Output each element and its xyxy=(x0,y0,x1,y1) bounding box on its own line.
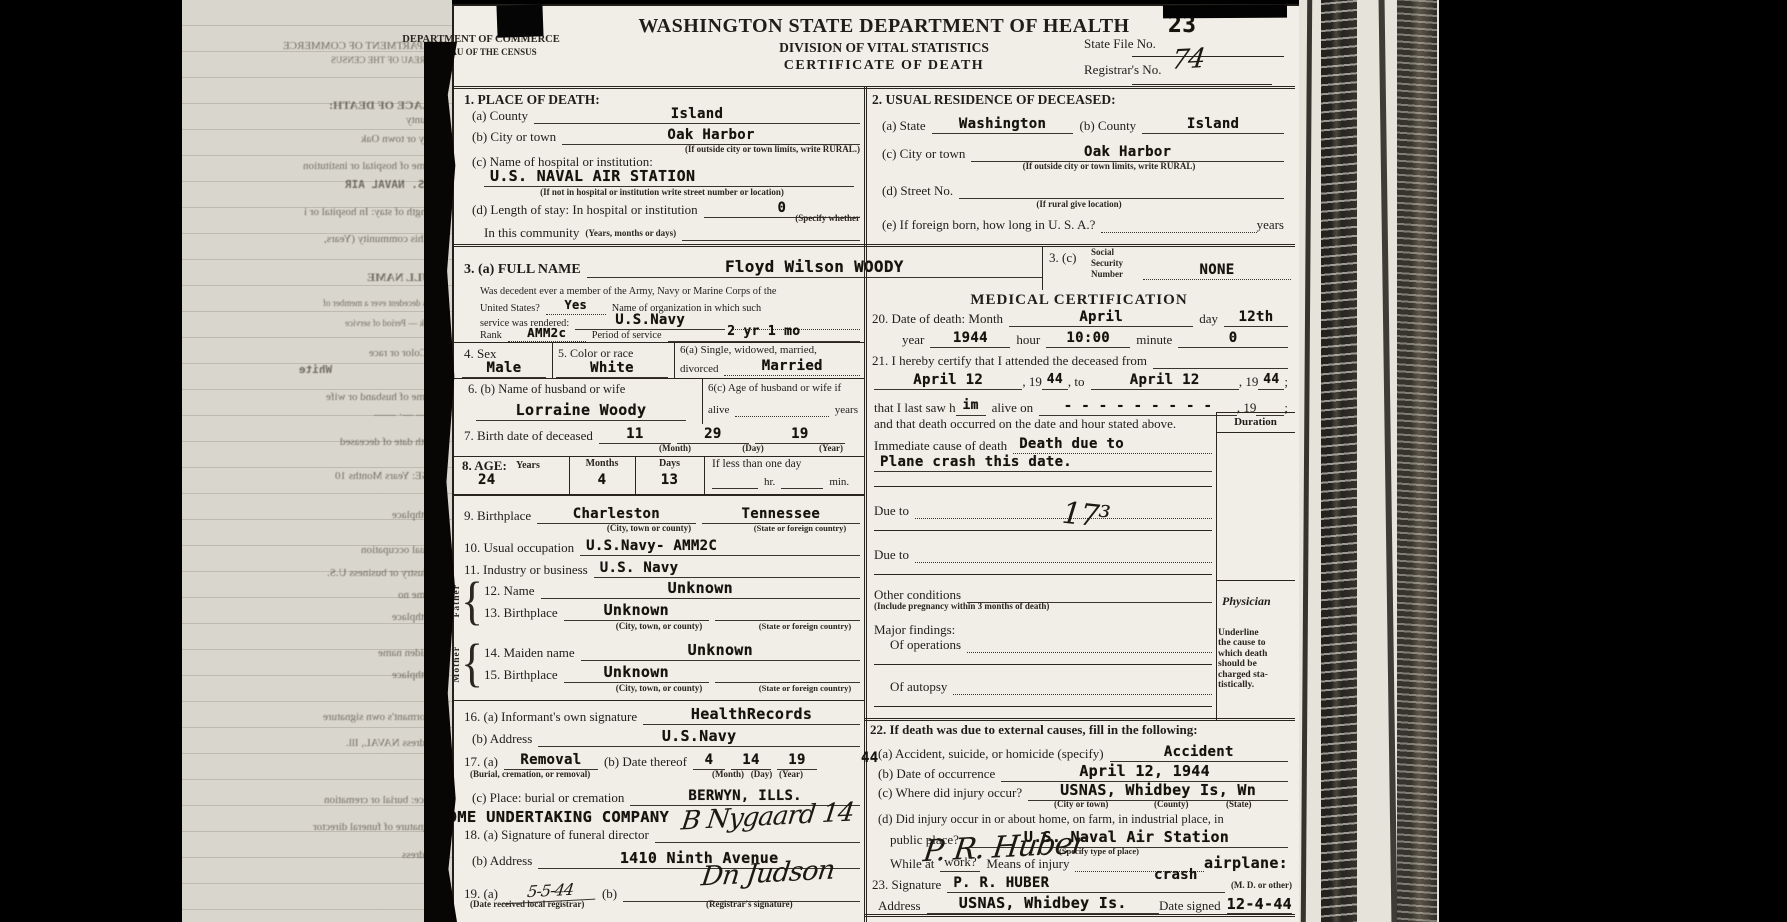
field-accident: (a) Accident, suicide, or homicide (spec… xyxy=(878,744,1288,762)
certificate-page: DEPARTMENT OF COMMERCE BUREAU OF THE CEN… xyxy=(452,4,1303,922)
certificate-type: CERTIFICATE OF DEATH xyxy=(604,58,1164,74)
attended-line xyxy=(1153,367,1288,369)
residence-city-note: (If outside city or town limits, write R… xyxy=(934,162,1284,172)
accident-label: (a) Accident, suicide, or homicide (spec… xyxy=(878,747,1104,762)
registrar-no-label: Registrar's No. xyxy=(1084,62,1161,78)
semicolon: ; xyxy=(1284,375,1288,390)
mother-name-label: 14. Maiden name xyxy=(484,646,575,661)
attended-label: 21. I hereby certify that I attended the… xyxy=(872,354,1147,369)
physician-address-label: Address xyxy=(878,899,921,914)
min-label: min. xyxy=(829,476,849,489)
period-value: 2 yr 1 mo xyxy=(668,325,860,342)
operations-label: Of operations xyxy=(890,638,961,653)
birth-day-value: 29 xyxy=(677,426,749,444)
alive-year-label: , 19 xyxy=(1237,401,1257,416)
last-saw-alive: that I last saw h im alive on - - - - - … xyxy=(874,398,1288,416)
underline-note-6: tistically. xyxy=(1218,680,1294,690)
death-day-label: day xyxy=(1199,312,1218,327)
field-hospital: U.S. NAVAL AIR STATION xyxy=(484,168,854,187)
md-note: (M. D. or other) xyxy=(1231,881,1292,893)
ghost-line: Birth date of deceased xyxy=(340,436,438,448)
page-title: WASHINGTON STATE DEPARTMENT OF HEALTH xyxy=(604,15,1164,38)
row-rule xyxy=(454,456,864,457)
immediate-cause-value-1: Death due to xyxy=(1013,436,1212,454)
birth-month-note: (Month) xyxy=(639,444,711,454)
field-county: (a) County Island xyxy=(472,106,860,124)
date-of-death-label: 20. Date of death: Month xyxy=(872,312,1003,327)
due-to-2-value xyxy=(915,561,1212,563)
accident-value: Accident xyxy=(1110,744,1288,762)
birth-date-label: 7. Birth date of deceased xyxy=(464,429,593,444)
column-divider xyxy=(864,86,867,922)
death-minute-label: minute xyxy=(1136,333,1172,348)
hr-min-field: hr. min. xyxy=(712,476,856,489)
medical-certification-heading: MEDICAL CERTIFICATION xyxy=(872,292,1286,309)
stay-note: (Specify whether xyxy=(464,214,860,224)
date-signed-label: Date signed xyxy=(1159,899,1221,914)
funeral-director-label: 18. (a) Signature of funeral director xyxy=(464,828,649,843)
underline-note-block: Underline the cause to which death shoul… xyxy=(1218,628,1294,691)
disposition-date-note: (Month) (Day) (Year) xyxy=(712,770,803,780)
race-field: White xyxy=(556,360,668,378)
page-edge-streak xyxy=(1321,0,1357,922)
residence-state-label: (a) State xyxy=(882,119,926,134)
alive-on-value: - - - - - - - - - xyxy=(1039,398,1237,416)
death-minute-value: 0 xyxy=(1178,330,1288,348)
father-brace: { xyxy=(461,570,483,631)
residence-state-value: Washington xyxy=(932,116,1074,134)
attended-statement: 21. I hereby certify that I attended the… xyxy=(872,354,1288,369)
underline-note-1: Underline xyxy=(1218,628,1294,638)
field-due-to-2: Due to xyxy=(874,548,1212,563)
field-father-name: 12. Name Unknown xyxy=(484,580,860,599)
city-label: (b) City or town xyxy=(472,130,556,145)
sex-value: Male xyxy=(462,360,546,378)
field-physician-signature: 23. Signature P. R. HUBER (M. D. or othe… xyxy=(872,875,1292,893)
death-hour-label: hour xyxy=(1016,333,1040,348)
date-signed-value: 12-4-44 xyxy=(1227,896,1292,914)
ssn-box: 3. (c) Social Security Number NONE xyxy=(1042,246,1300,290)
field-foreign-born: (e) If foreign born, how long in U. S. A… xyxy=(882,218,1284,233)
scan-bar-artifact xyxy=(1163,5,1287,19)
from-year-label: , 19 xyxy=(1022,375,1042,390)
period-label: Period of service xyxy=(592,330,662,342)
physician-address-value: USNAS, Whidbey Is. xyxy=(927,895,1159,914)
section-rule xyxy=(864,718,1295,721)
military-question-line1: Was decedent ever a member of the Army, … xyxy=(480,286,860,297)
semicolon-2: ; xyxy=(1284,401,1288,416)
to-label: , to xyxy=(1068,375,1085,390)
field-residence-city: (c) City or town Oak Harbor xyxy=(882,144,1284,162)
underline-note-3: which death xyxy=(1218,649,1294,659)
receipt-b-label: (b) xyxy=(602,887,617,902)
alive-label: alive xyxy=(708,404,729,417)
street-label: (d) Street No. xyxy=(882,184,953,199)
duration-box-top xyxy=(1216,412,1295,413)
attended-dates: April 12 , 19 44 , to April 12 , 19 44 ; xyxy=(874,372,1288,390)
spouse-value: Lorraine Woody xyxy=(476,402,686,421)
age-years-label: Years xyxy=(516,460,540,471)
scanned-death-certificate: DEPARTMENT OF COMMERCE BUREAU OF THE CEN… xyxy=(0,0,1787,922)
father-birthplace-label: 13. Birthplace xyxy=(484,606,558,621)
min-value xyxy=(781,487,823,489)
ghost-line: PLACE OF DEATH: xyxy=(329,98,438,113)
page-edge-binding xyxy=(1299,0,1439,922)
field-operations: Of operations xyxy=(890,638,1212,653)
blank-line xyxy=(874,706,1212,707)
bottom-rule xyxy=(864,914,1295,917)
field-autopsy: Of autopsy xyxy=(890,680,1212,695)
attended-from-value: April 12 xyxy=(874,372,1022,390)
full-name-label: 3. (a) FULL NAME xyxy=(464,262,581,278)
cell-divider xyxy=(702,378,703,424)
duration-box-left xyxy=(1216,412,1217,720)
ssn-label-3: Number xyxy=(1091,270,1123,280)
informant-value: HealthRecords xyxy=(643,706,860,725)
page-edge-streak xyxy=(1301,0,1313,922)
registrar-number: 74 xyxy=(1170,43,1206,76)
ghost-line: Length of stay: In hospital or i xyxy=(304,206,438,218)
birthplace-city-value: Charleston xyxy=(537,506,695,524)
industry-value: U.S. Navy xyxy=(594,560,860,578)
field-community: In this community (Years, months or days… xyxy=(484,226,860,241)
disposition-day: 14 xyxy=(731,752,771,770)
city-value: Oak Harbor xyxy=(562,127,860,145)
page-edge-streak xyxy=(1378,0,1397,922)
date-thereof-label: (b) Date thereof xyxy=(604,755,687,770)
registrar-line xyxy=(1132,84,1272,85)
immediate-cause-label: Immediate cause of death xyxy=(874,439,1007,454)
foreign-years-label: years xyxy=(1257,218,1284,233)
underline-note-2: the cause to xyxy=(1218,638,1294,648)
state-file-line xyxy=(1132,56,1284,57)
cell-divider xyxy=(552,342,553,378)
due-to-2-label: Due to xyxy=(874,548,909,563)
community-note: (Years, months or days) xyxy=(585,229,676,241)
autopsy-label: Of autopsy xyxy=(890,680,947,695)
cell-divider xyxy=(704,456,705,494)
parent-note-3: (City, town, or county) xyxy=(574,684,744,694)
field-industry: 11. Industry or business U.S. Navy xyxy=(464,560,860,578)
marital-field: divorced Married xyxy=(680,358,860,376)
birthplace-note-2: (State or foreign country) xyxy=(736,524,864,533)
ssn-label-2: Security xyxy=(1091,259,1123,269)
burial-place-label: (c) Place: burial or cremation xyxy=(472,791,624,806)
mother-birthplace-label: 15. Birthplace xyxy=(484,668,558,683)
mother-brace: { xyxy=(461,632,483,693)
immediate-cause-value-2: Plane crash this date. xyxy=(874,454,1212,472)
field-street: (d) Street No. xyxy=(882,184,1284,199)
field-residence-state: (a) State Washington (b) County Island xyxy=(882,116,1284,134)
death-month-value: April xyxy=(1009,309,1193,327)
father-name-label: 12. Name xyxy=(484,584,535,599)
agency-line-2: BUREAU OF THE CENSUS xyxy=(396,48,566,58)
ghost-line: Signature of funeral director xyxy=(313,821,438,833)
spouse-field: Lorraine Woody xyxy=(476,402,686,421)
undertaker-overlay: HOME UNDERTAKING COMPANY xyxy=(438,808,669,826)
field-informant: 16. (a) Informant's own signature Health… xyxy=(464,706,860,725)
disposition-note: (Burial, cremation, or removal) xyxy=(470,770,590,780)
receipt-note: (Date received local registrar) xyxy=(470,900,584,910)
blank-line xyxy=(874,664,1212,665)
birth-day-note: (Day) xyxy=(717,444,789,454)
spouse-age-field: alive years xyxy=(708,404,858,417)
ghost-line: Industry or business U.S. xyxy=(327,567,438,579)
informant-label: 16. (a) Informant's own signature xyxy=(464,710,637,725)
ssn-label-1: Social xyxy=(1091,248,1114,258)
registrar-signature-note: (Registrar's signature) xyxy=(706,900,793,910)
occupation-label: 10. Usual occupation xyxy=(464,541,574,556)
ghost-line: Place: burial or cremation xyxy=(324,794,438,806)
field-city: (b) City or town Oak Harbor xyxy=(472,127,860,145)
field-occupation: 10. Usual occupation U.S.Navy- AMM2C xyxy=(464,538,860,556)
race-value: White xyxy=(556,360,668,378)
community-value xyxy=(682,239,860,241)
residence-city-label: (c) City or town xyxy=(882,147,965,162)
marital-value: Married xyxy=(724,358,860,376)
due-to-1-label: Due to xyxy=(874,504,909,519)
foreign-born-label: (e) If foreign born, how long in U. S. A… xyxy=(882,218,1095,233)
birthplace-note-1: (City, town or county) xyxy=(564,524,734,534)
ghost-line: Was decedent ever a member of xyxy=(323,298,438,308)
injury-note-county: (County) xyxy=(1154,800,1189,810)
parent-note-1: (City, town, or county) xyxy=(574,622,744,632)
race-label: 5. Color or race xyxy=(558,346,633,361)
ghost-line: Name of hospital or institution xyxy=(303,160,438,172)
row-rule xyxy=(454,700,864,701)
age-months-label: Months xyxy=(569,458,635,469)
field-mother-birthplace: 15. Birthplace Unknown xyxy=(484,664,860,683)
age-days-label: Days xyxy=(635,458,704,469)
blank-line xyxy=(874,574,1212,575)
age-years-value: 24 xyxy=(478,472,495,488)
physician-label: Physician xyxy=(1222,594,1271,609)
birthplace-label: 9. Birthplace xyxy=(464,509,531,524)
less-than-day-label: If less than one day xyxy=(712,458,801,470)
ghost-line: In this community (Years, xyxy=(324,233,438,245)
birth-year-value: 19 xyxy=(755,426,845,444)
father-name-value: Unknown xyxy=(541,580,860,599)
spouse-age-value xyxy=(735,415,828,417)
occurrence-date-value: April 12, 1944 xyxy=(1001,763,1288,782)
field-funeral-director: 18. (a) Signature of funeral director xyxy=(464,828,860,843)
alive-on-label: alive on xyxy=(992,401,1034,416)
underline-note-5: charged sta- xyxy=(1218,670,1294,680)
father-birthplace-value: Unknown xyxy=(564,602,709,621)
to-year-value: 44 xyxy=(1258,373,1284,390)
signature-label: 23. Signature xyxy=(872,878,941,893)
birthplace-state-value: Tennessee xyxy=(702,506,860,524)
full-name-value: Floyd Wilson WOODY xyxy=(587,258,1042,278)
cell-divider xyxy=(674,342,675,378)
age-months-value: 4 xyxy=(569,472,635,488)
section22-heading: 22. If death was due to external causes,… xyxy=(870,722,1198,738)
mother-birthplace-value: Unknown xyxy=(564,664,709,683)
field-physician-address: Address USNAS, Whidbey Is. Date signed 1… xyxy=(878,895,1292,914)
signature-value: P. R. HUBER xyxy=(947,875,1225,893)
to-year-label: , 19 xyxy=(1239,375,1259,390)
him-value: im xyxy=(956,399,986,416)
field-occurrence-date: (b) Date of occurrence April 12, 1944 xyxy=(878,763,1288,782)
funeral-address-label: (b) Address xyxy=(472,854,532,869)
community-label: In this community xyxy=(484,226,579,241)
field-mother-name: 14. Maiden name Unknown xyxy=(484,642,860,661)
injury-note-city: (City or town) xyxy=(1054,800,1108,810)
military-question-line4: Rank AMM2c Period of service 2 yr 1 mo xyxy=(480,325,860,342)
ghost-line: Name of husband or wife xyxy=(326,391,438,403)
injury-note-state: (State) xyxy=(1226,800,1252,810)
death-year-value: 1944 xyxy=(930,330,1010,348)
ghost-line: Rank — Period of service xyxy=(345,318,438,328)
sex-field: Male xyxy=(462,360,546,378)
county-label: (a) County xyxy=(472,109,528,124)
death-year-label: year xyxy=(902,333,924,348)
field-full-name: 3. (a) FULL NAME Floyd Wilson WOODY xyxy=(464,258,1042,278)
from-year-value: 44 xyxy=(1042,373,1068,390)
street-note: (If rural give location) xyxy=(954,200,1204,210)
duration-label: Duration xyxy=(1216,416,1295,428)
immediate-cause-line2: Plane crash this date. xyxy=(874,454,1212,472)
ghost-line: Informant's own signature xyxy=(323,711,438,723)
ssn-value: NONE xyxy=(1143,262,1291,280)
county-value: Island xyxy=(534,106,860,124)
field-birthplace: 9. Birthplace Charleston Tennessee xyxy=(464,506,860,524)
disposition-label: 17. (a) xyxy=(464,755,498,770)
header-rule xyxy=(454,86,1295,89)
autopsy-value xyxy=(953,693,1212,695)
row-rule xyxy=(454,342,864,343)
page-edge-streak xyxy=(1397,0,1437,922)
marital-label-1: 6(a) Single, widowed, married, xyxy=(680,344,817,356)
row-rule xyxy=(454,378,864,379)
state-file-label: State File No. xyxy=(1084,36,1156,52)
blank-line xyxy=(874,530,1212,531)
field-informant-address: (b) Address U.S.Navy xyxy=(472,728,860,747)
duration-underline xyxy=(1216,432,1295,433)
field-birth-date: 7. Birth date of deceased 11 29 19 xyxy=(464,426,860,444)
attended-to-value: April 12 xyxy=(1091,372,1239,390)
hr-label: hr. xyxy=(764,476,775,489)
hr-value xyxy=(712,487,758,489)
field-disposition: 17. (a) Removal (b) Date thereof 4 14 19 xyxy=(464,752,860,770)
funeral-director-line xyxy=(655,841,860,843)
section2-heading: 2. USUAL RESIDENCE OF DECEASED: xyxy=(872,92,1116,108)
foreign-born-value xyxy=(1101,231,1256,233)
mother-name-value: Unknown xyxy=(581,642,860,661)
spouse-age-label: 6(c) Age of husband or wife if xyxy=(708,382,841,394)
last-saw-label: that I last saw h xyxy=(874,401,956,416)
residence-city-value: Oak Harbor xyxy=(971,144,1284,162)
ink-blot-artifact xyxy=(496,4,543,38)
disposition-month: 4 xyxy=(693,752,725,770)
means-value-1: airplane: xyxy=(1204,855,1288,872)
residence-county-value: Island xyxy=(1142,116,1284,134)
spouse-label: 6. (b) Name of husband or wife xyxy=(468,382,625,397)
operations-value xyxy=(967,651,1212,653)
years-label: years xyxy=(835,404,858,417)
ghost-line: AGE: Years Months 10 xyxy=(335,470,438,482)
underline-note-4: should be xyxy=(1218,659,1294,669)
birth-month-value: 11 xyxy=(599,426,671,444)
disposition-value: Removal xyxy=(504,752,598,770)
residence-county-label: (b) County xyxy=(1079,119,1136,134)
parent-note-4: (State or foreign country) xyxy=(746,684,864,693)
death-occurred-statement: and that death occurred on the date and … xyxy=(874,416,1214,432)
death-day-value: 12th xyxy=(1224,309,1288,327)
informant-address-value: U.S.Navy xyxy=(538,728,860,747)
other-conditions-note: (Include pregnancy within 3 months of de… xyxy=(874,602,1049,612)
injury-place-question: (d) Did injury occur in or about home, o… xyxy=(878,812,1224,827)
occurrence-date-label: (b) Date of occurrence xyxy=(878,767,995,782)
age-days-value: 13 xyxy=(635,472,704,488)
row-rule xyxy=(454,494,864,496)
major-findings-label: Major findings: xyxy=(874,622,955,638)
blank-line xyxy=(874,486,1212,487)
field-death-time: year 1944 hour 10:00 minute 0 xyxy=(902,330,1288,348)
marital-label-2: divorced xyxy=(680,363,718,376)
hospital-value: U.S. NAVAL AIR STATION xyxy=(484,168,854,187)
rank-label: Rank xyxy=(480,330,502,342)
ghost-page: DEPARTMENT OF COMMERCE BUREAU OF THE CEN… xyxy=(182,0,452,922)
agency-block: DEPARTMENT OF COMMERCE BUREAU OF THE CEN… xyxy=(396,34,566,57)
death-hour-value: 10:00 xyxy=(1046,330,1130,348)
ssn-number-label: 3. (c) xyxy=(1049,250,1076,266)
field-due-to-1: Due to xyxy=(874,504,1212,519)
ssn-field: NONE xyxy=(1143,262,1291,280)
hospital-note: (If not in hospital or institution write… xyxy=(464,188,860,198)
birth-year-note: (Year) xyxy=(795,444,867,454)
parent-note-2: (State or foreign country) xyxy=(746,622,864,631)
physician-rule xyxy=(1216,580,1295,581)
ghost-line: White xyxy=(299,363,332,376)
injury-location-label: (c) Where did injury occur? xyxy=(878,786,1022,801)
informant-address-label: (b) Address xyxy=(472,732,532,747)
occupation-value: U.S.Navy- AMM2C xyxy=(580,538,860,556)
disposition-year: 19 xyxy=(777,752,817,770)
disposition-year-overflow: 44 xyxy=(861,750,878,766)
field-date-of-death: 20. Date of death: Month April day 12th xyxy=(872,309,1288,327)
field-father-birthplace: 13. Birthplace Unknown xyxy=(484,602,860,621)
page-subtitle: DIVISION OF VITAL STATISTICS xyxy=(604,40,1164,56)
rank-value: AMM2c xyxy=(508,326,586,342)
title-block: WASHINGTON STATE DEPARTMENT OF HEALTH DI… xyxy=(604,15,1164,74)
field-immediate-cause: Immediate cause of death Death due to xyxy=(874,436,1212,454)
